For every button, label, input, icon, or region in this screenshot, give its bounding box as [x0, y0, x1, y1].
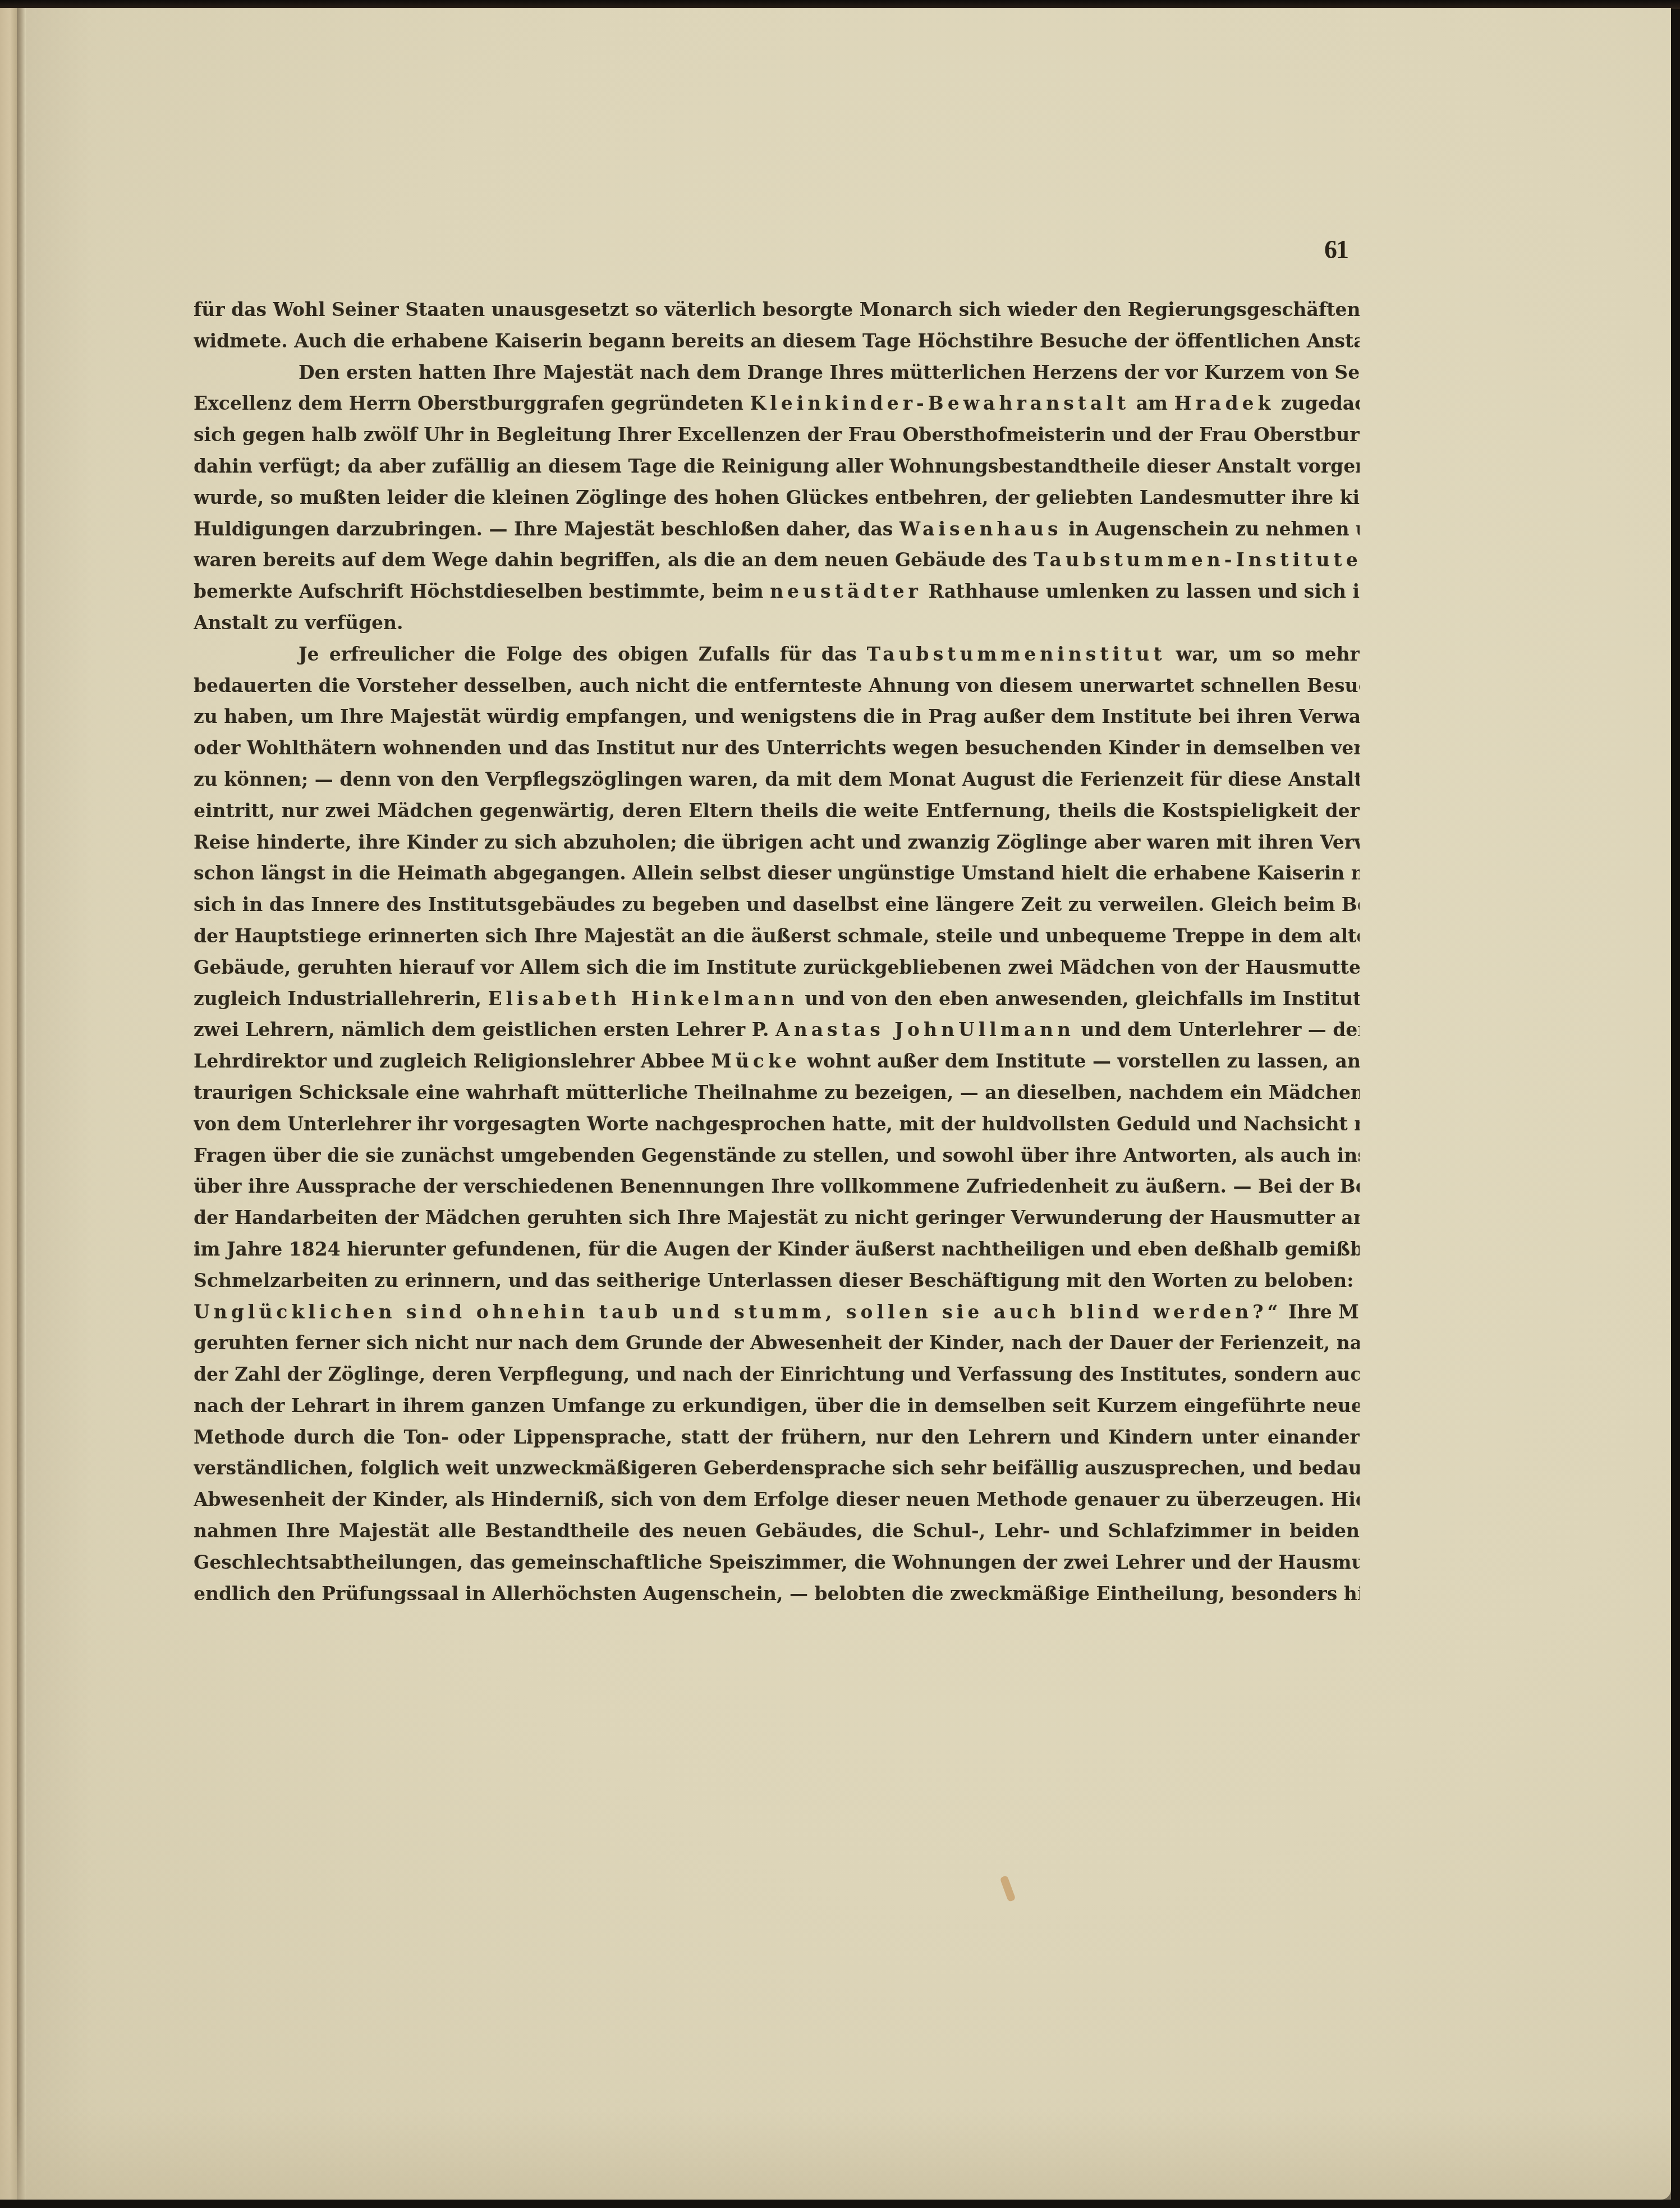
text-run: Gebäude, geruhten hierauf vor Allem sich…: [194, 956, 1360, 978]
text-run: Je erfreulicher die Folge des obigen Zuf…: [299, 643, 867, 665]
text-line: wurde, so mußten leider die kleinen Zögl…: [194, 482, 1360, 514]
text-line: dahin verfügt; da aber zufällig an diese…: [194, 451, 1360, 482]
text-run: zu haben, um Ihre Majestät würdig empfan…: [194, 706, 1360, 727]
text-run: dahin verfügt; da aber zufällig an diese…: [194, 455, 1360, 477]
bottom-shade: [0, 2110, 1671, 2200]
text-line: traurigen Schicksale eine wahrhaft mütte…: [194, 1077, 1360, 1108]
text-line: der Hauptstiege erinnerten sich Ihre Maj…: [194, 920, 1360, 952]
text-run: widmete. Auch die erhabene Kaiserin bega…: [194, 330, 1360, 352]
emphasized-text: Ullmann: [958, 1019, 1075, 1041]
paper-stain: [1000, 1875, 1016, 1902]
text-run: Excellenz dem Herrn Oberstburggrafen geg…: [194, 392, 750, 414]
text-line: schon längst in die Heimath abgegangen. …: [194, 858, 1360, 889]
emphasized-text: Taubstummeninstitut: [867, 643, 1166, 665]
text-run: Ihre Majestät: [1282, 1301, 1360, 1323]
text-run: zugleich Industriallehrerin,: [194, 988, 488, 1010]
text-line: Methode durch die Ton- oder Lippensprach…: [194, 1422, 1360, 1453]
text-line: Anstalt zu verfügen.: [194, 607, 1360, 639]
text-line: Gebäude, geruhten hierauf vor Allem sich…: [194, 952, 1360, 983]
text-run: und von den eben anwesenden, gleichfalls…: [798, 988, 1360, 1010]
binding-strip: [0, 8, 17, 2200]
text-run: schon längst in die Heimath abgegangen. …: [194, 862, 1360, 884]
text-run: Den ersten hatten Ihre Majestät nach dem…: [299, 361, 1360, 383]
text-run: Fragen über die sie zunächst umgebenden …: [194, 1144, 1360, 1166]
text-run: über ihre Aussprache der verschiedenen B…: [194, 1175, 1360, 1197]
text-run: traurigen Schicksale eine wahrhaft mütte…: [194, 1082, 1360, 1103]
text-line: Geschlechtsabtheilungen, das gemeinschaf…: [194, 1547, 1360, 1578]
text-line: Lehrdirektor und zugleich Religionslehre…: [194, 1046, 1360, 1077]
text-line: Excellenz dem Herrn Oberstburggrafen geg…: [194, 388, 1360, 419]
text-run: Huldigungen darzubringen. — Ihre Majestä…: [194, 518, 899, 540]
text-run: Methode durch die Ton- oder Lippensprach…: [194, 1426, 1360, 1448]
page-number: 61: [1324, 235, 1348, 264]
text-run: waren bereits auf dem Wege dahin begriff…: [194, 549, 1034, 571]
text-line: geruhten ferner sich nicht nur nach dem …: [194, 1327, 1360, 1359]
emphasized-text: Mücke: [711, 1050, 800, 1072]
text-line: Je erfreulicher die Folge des obigen Zuf…: [194, 639, 1360, 670]
text-run: eintritt, nur zwei Mädchen gegenwärtig, …: [194, 800, 1360, 822]
emphasized-text: Waisenhaus: [899, 518, 1062, 540]
text-line: Schmelzarbeiten zu erinnern, und das sei…: [194, 1265, 1360, 1297]
text-line: eintritt, nur zwei Mädchen gegenwärtig, …: [194, 795, 1360, 827]
text-line: der Zahl der Zöglinge, deren Verpflegung…: [194, 1359, 1360, 1390]
text-run: Geschlechtsabtheilungen, das gemeinschaf…: [194, 1551, 1360, 1573]
text-line: über ihre Aussprache der verschiedenen B…: [194, 1171, 1360, 1202]
text-line: im Jahre 1824 hierunter gefundenen, für …: [194, 1234, 1360, 1265]
text-run: für das Wohl Seiner Staaten unausgesetzt…: [194, 299, 1360, 320]
text-run: bedauerten die Vorsteher desselben, auch…: [194, 675, 1360, 697]
text-run: war, um so mehr: [1166, 643, 1360, 665]
text-line: bemerkte Aufschrift Höchstdieselben best…: [194, 576, 1360, 607]
text-line: Unglücklichen sind ohnehin taub und stum…: [194, 1297, 1360, 1328]
document-page: 61 für das Wohl Seiner Staaten unausgese…: [0, 8, 1671, 2200]
text-line: Reise hinderte, ihre Kinder zu sich abzu…: [194, 827, 1360, 858]
text-line: Den ersten hatten Ihre Majestät nach dem…: [194, 357, 1360, 388]
text-run: Schmelzarbeiten zu erinnern, und das sei…: [194, 1270, 1360, 1291]
text-run: zu können; — denn von den Verpflegszögli…: [194, 768, 1360, 790]
text-line: Abwesenheit der Kinder, als Hinderniß, s…: [194, 1484, 1360, 1515]
text-line: für das Wohl Seiner Staaten unausgesetzt…: [194, 294, 1360, 326]
text-line: sich in das Innere des Institutsgebäudes…: [194, 889, 1360, 920]
text-run: im Jahre 1824 hierunter gefundenen, für …: [194, 1238, 1360, 1260]
text-run: von dem Unterlehrer ihr vorgesagten Wort…: [194, 1113, 1360, 1135]
text-line: zu haben, um Ihre Majestät würdig empfan…: [194, 701, 1360, 732]
text-run: sich in das Innere des Institutsgebäudes…: [194, 894, 1360, 915]
emphasized-text: Anastas John: [775, 1019, 958, 1041]
text-run: nach der Lehrart in ihrem ganzen Umfange…: [194, 1395, 1360, 1417]
text-line: nach der Lehrart in ihrem ganzen Umfange…: [194, 1390, 1360, 1422]
text-run: wohnt außer dem Institute — vorstellen z…: [801, 1050, 1360, 1072]
text-run: der Handarbeiten der Mädchen geruhten si…: [194, 1207, 1360, 1229]
text-run: der Hauptstiege erinnerten sich Ihre Maj…: [194, 925, 1360, 947]
binding-fade: [26, 8, 93, 2200]
text-run: Anstalt zu verfügen.: [194, 612, 403, 634]
text-line: zu können; — denn von den Verpflegszögli…: [194, 764, 1360, 795]
text-run: geruhten ferner sich nicht nur nach dem …: [194, 1332, 1360, 1354]
text-run: der Zahl der Zöglinge, deren Verpflegung…: [194, 1363, 1360, 1385]
text-run: und dem Unterlehrer: [1075, 1019, 1308, 1041]
text-run: in Augenschein zu nehmen und: [1062, 518, 1360, 540]
emphasized-text: Elisabeth Hinkelmann: [488, 988, 798, 1010]
emphasized-text: Unglücklichen sind ohnehin taub und stum…: [194, 1301, 1282, 1323]
emphasized-text: Hradek: [1174, 392, 1274, 414]
text-run: Reise hinderte, ihre Kinder zu sich abzu…: [194, 831, 1360, 853]
text-run: bemerkte Aufschrift Höchstdieselben best…: [194, 580, 770, 602]
text-run: sich gegen halb zwölf Uhr in Begleitung …: [194, 424, 1360, 446]
text-run: — der: [1308, 1019, 1360, 1041]
text-run: Abwesenheit der Kinder, als Hinderniß, s…: [194, 1488, 1360, 1510]
emphasized-text: Taubstummen-Institutes: [1034, 549, 1360, 571]
text-line: oder Wohlthätern wohnenden und das Insti…: [194, 732, 1360, 764]
text-run: wurde, so mußten leider die kleinen Zögl…: [194, 487, 1360, 509]
text-line: endlich den Prüfungssaal in Allerhöchste…: [194, 1578, 1360, 1610]
text-run: verständlichen, folglich weit unzweckmäß…: [194, 1457, 1360, 1479]
text-line: verständlichen, folglich weit unzweckmäß…: [194, 1453, 1360, 1484]
text-line: bedauerten die Vorsteher desselben, auch…: [194, 670, 1360, 702]
text-line: der Handarbeiten der Mädchen geruhten si…: [194, 1202, 1360, 1234]
text-line: zwei Lehrern, nämlich dem geistlichen er…: [194, 1014, 1360, 1046]
emphasized-text: Kleinkinder-Bewahranstalt: [750, 392, 1130, 414]
text-run: oder Wohlthätern wohnenden und das Insti…: [194, 737, 1360, 759]
emphasized-text: neustädter: [770, 580, 922, 602]
text-line: widmete. Auch die erhabene Kaiserin bega…: [194, 326, 1360, 357]
text-line: sich gegen halb zwölf Uhr in Begleitung …: [194, 419, 1360, 451]
text-run: Rathhause umlenken zu lassen und sich in…: [922, 580, 1360, 602]
text-line: waren bereits auf dem Wege dahin begriff…: [194, 544, 1360, 576]
text-line: Huldigungen darzubringen. — Ihre Majestä…: [194, 514, 1360, 545]
text-line: Fragen über die sie zunächst umgebenden …: [194, 1140, 1360, 1171]
text-line: nahmen Ihre Majestät alle Bestandtheile …: [194, 1515, 1360, 1547]
text-line: zugleich Industriallehrerin, Elisabeth H…: [194, 983, 1360, 1015]
text-run: zugedacht, und: [1274, 392, 1360, 414]
text-run: zwei Lehrern, nämlich dem geistlichen er…: [194, 1019, 775, 1041]
text-run: endlich den Prüfungssaal in Allerhöchste…: [194, 1583, 1360, 1605]
text-run: nahmen Ihre Majestät alle Bestandtheile …: [194, 1520, 1360, 1542]
binding-shadow: [17, 8, 26, 2200]
text-run: am: [1130, 392, 1174, 414]
text-run: Lehrdirektor und zugleich Religionslehre…: [194, 1050, 711, 1072]
text-line: von dem Unterlehrer ihr vorgesagten Wort…: [194, 1108, 1360, 1140]
body-text: für das Wohl Seiner Staaten unausgesetzt…: [194, 294, 1360, 1609]
